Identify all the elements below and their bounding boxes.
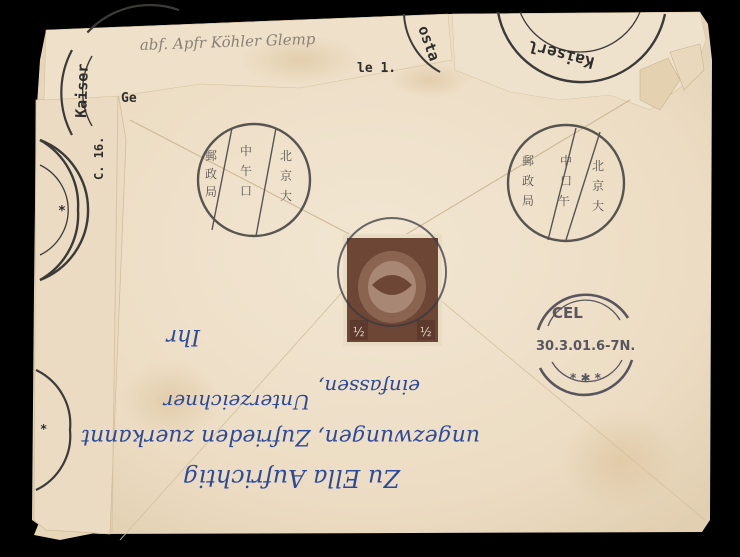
svg-text:*: * [40,422,47,436]
svg-text:京: 京 [592,178,604,193]
svg-text:北: 北 [592,159,604,173]
svg-text:北: 北 [280,149,292,163]
svg-text:Zu Ella Aufrichtig: Zu Ella Aufrichtig [183,464,401,492]
svg-text:*: * [58,204,66,219]
svg-text:政: 政 [522,173,534,188]
svg-text:Kaiser: Kaiser [72,63,92,118]
svg-text:局: 局 [522,194,534,208]
envelope-illustration: abf. Apfr Köhler Glemp Kaiser * * osta K… [0,0,740,557]
svg-text:政: 政 [205,166,217,181]
svg-text:口: 口 [560,174,572,188]
svg-text:郵: 郵 [522,154,534,168]
postmark-date: 30.3.01.6-7N. [536,339,635,354]
postage-stamp: ½ ½ [338,218,446,346]
svg-text:中: 中 [240,143,252,158]
svg-text:½: ½ [420,325,432,339]
svg-text:午: 午 [240,163,252,178]
printed-fragment-ge: Ge [121,91,137,106]
form-number: C. 16. [92,137,106,180]
svg-text:einfassen,: einfassen, [318,375,420,399]
svg-text:½: ½ [353,325,365,339]
svg-text:口: 口 [240,184,252,198]
svg-text:Ihr: Ihr [165,324,201,349]
envelope-photo: abf. Apfr Köhler Glemp Kaiser * * osta K… [0,0,740,557]
svg-text:京: 京 [280,168,292,183]
svg-text:郵: 郵 [205,149,217,163]
svg-text:ungezwungen, Zufrieden zuerkan: ungezwungen, Zufrieden zuerkannt [81,424,480,449]
svg-text:大: 大 [280,188,292,203]
svg-text:CEL: CEL [552,304,583,322]
svg-text:午: 午 [558,193,570,208]
printed-fragment-number: le 1. [357,61,396,76]
svg-text:* ✱ *: * ✱ * [570,371,602,385]
svg-text:大: 大 [592,198,604,213]
svg-text:局: 局 [205,185,217,199]
svg-text:Unterzeichner: Unterzeichner [162,390,310,414]
svg-text:中: 中 [560,153,572,168]
